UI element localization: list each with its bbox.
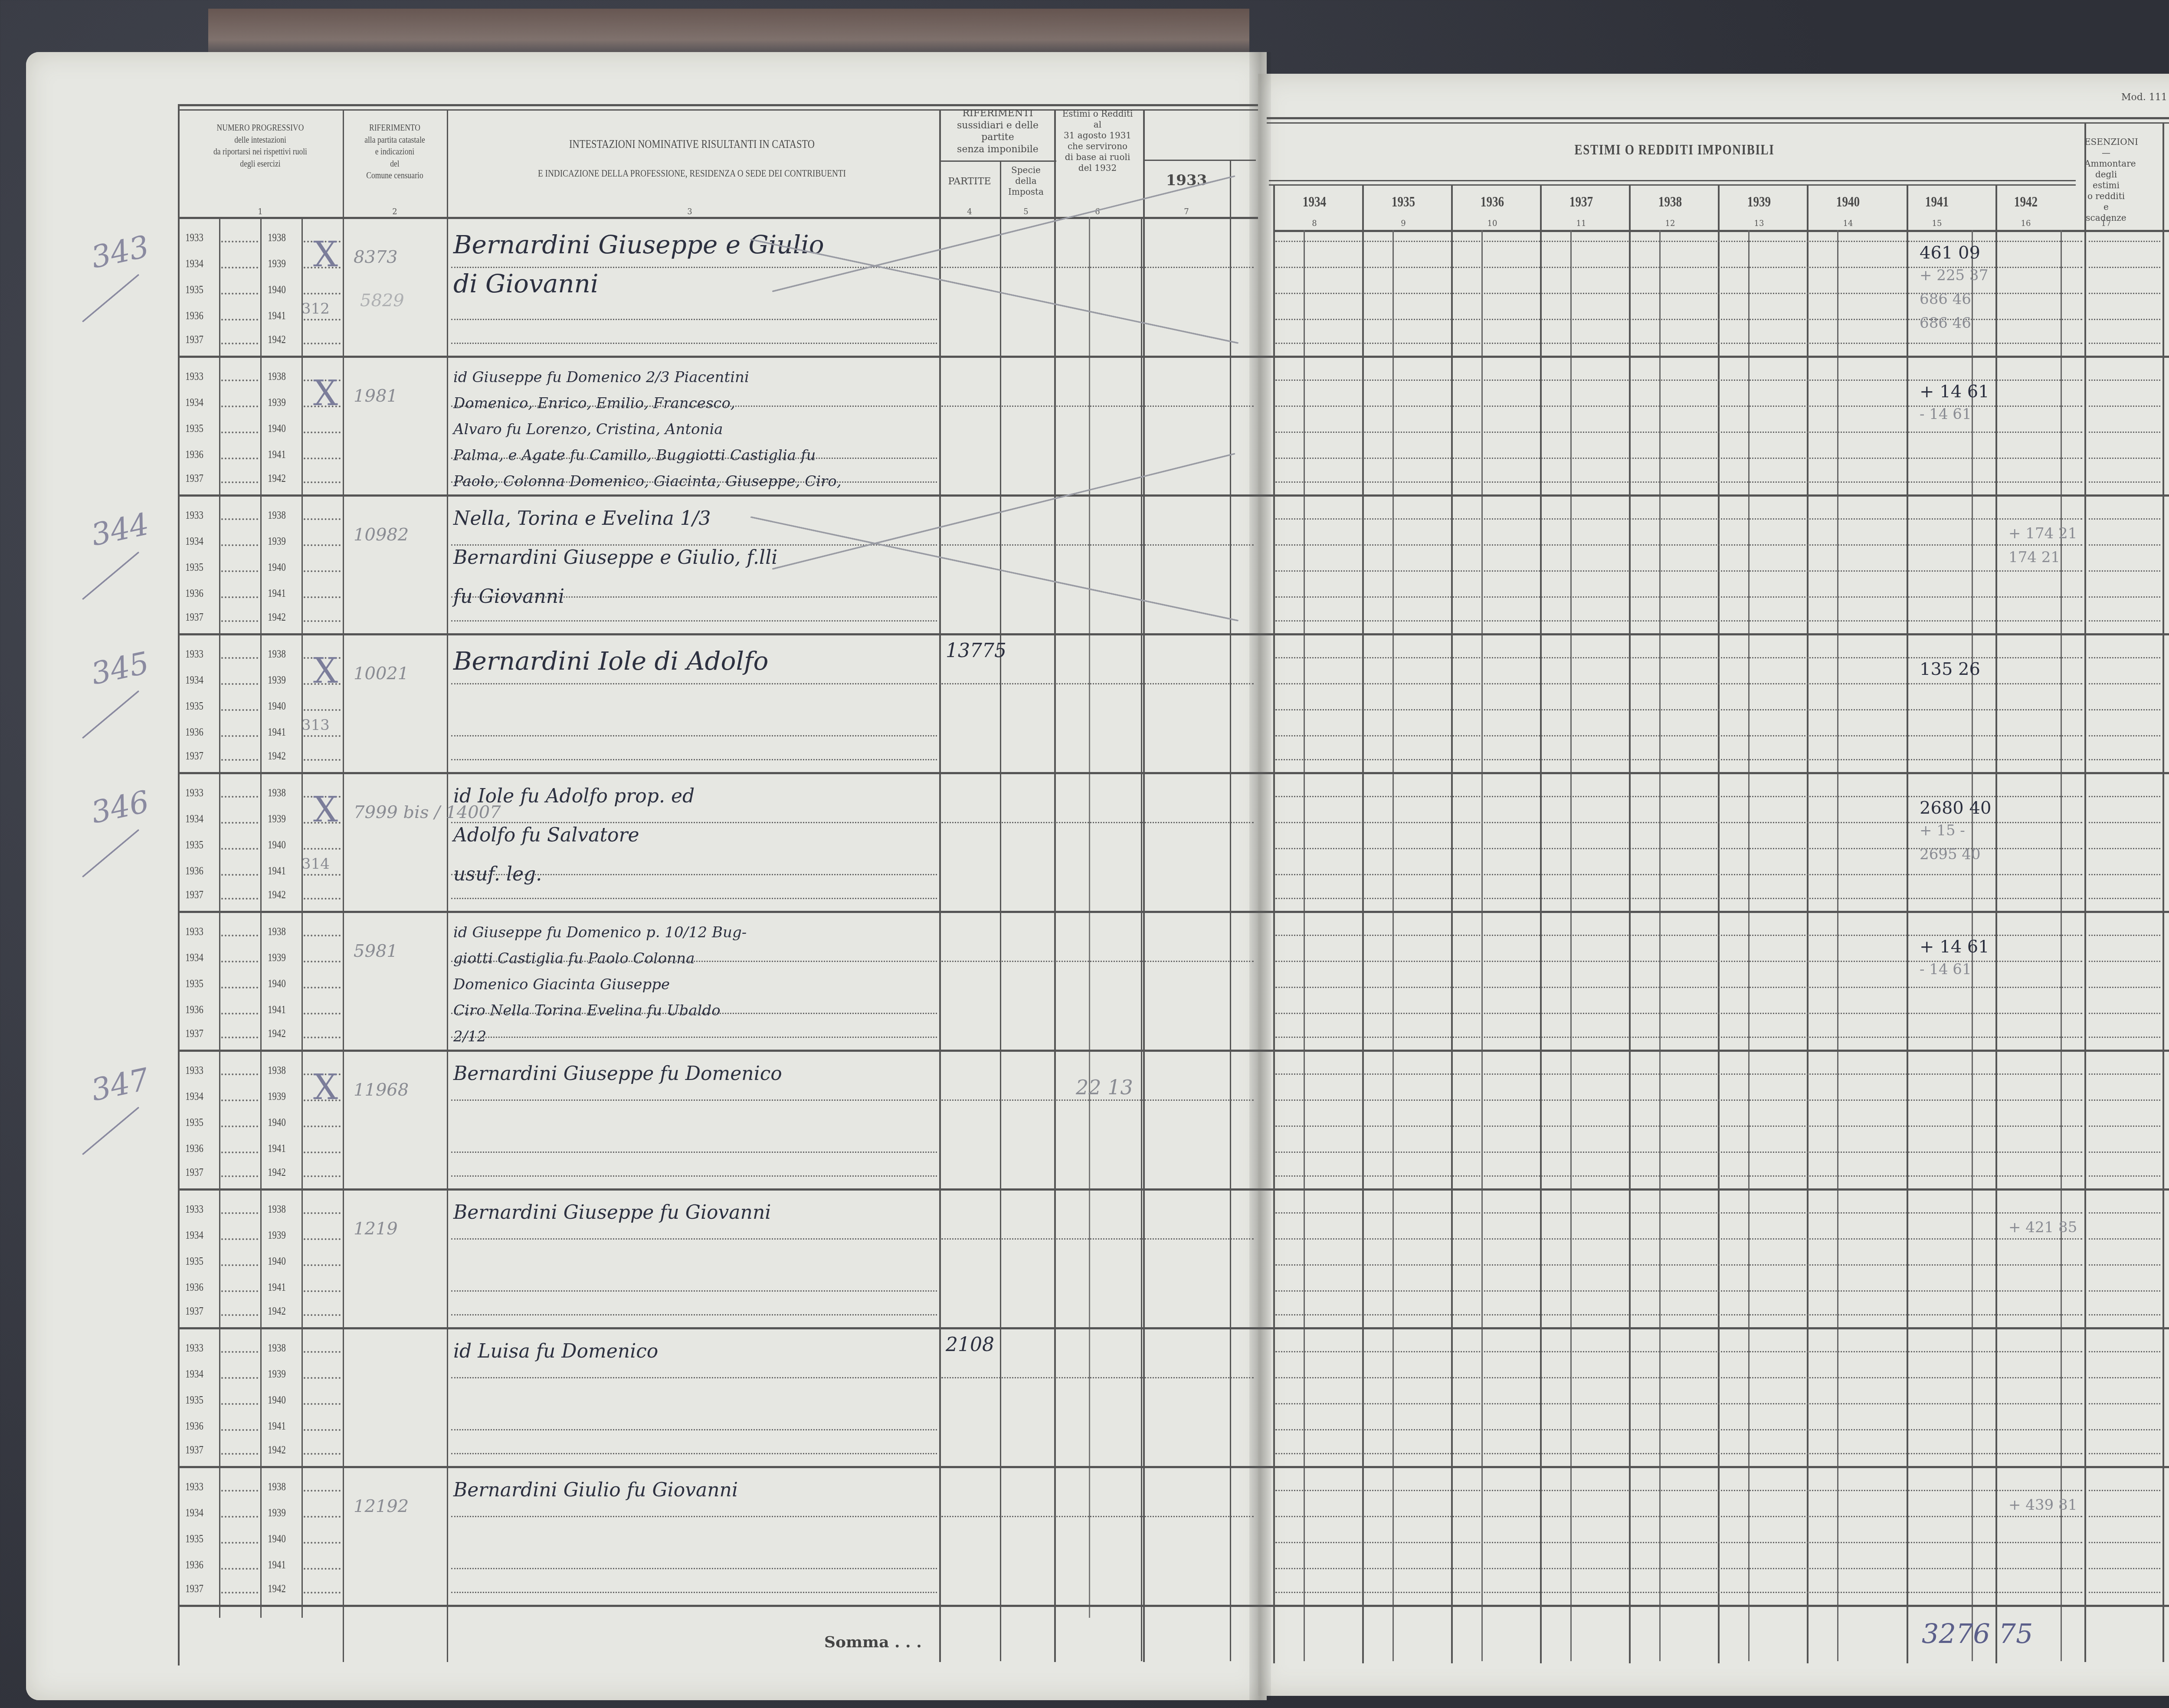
dotted-field bbox=[221, 848, 258, 850]
ref-side-number: 314 bbox=[301, 855, 330, 873]
hdr-line: o redditi bbox=[2084, 191, 2128, 202]
esenzioni-line bbox=[2089, 241, 2160, 242]
partita-reference: 10982 bbox=[354, 525, 409, 545]
esenzioni-line bbox=[2089, 1377, 2160, 1378]
dotted-field bbox=[221, 343, 258, 344]
esenzioni-line bbox=[2089, 1314, 2160, 1315]
esenzioni-line bbox=[2089, 961, 2160, 962]
year-label: 1935 bbox=[185, 1532, 203, 1545]
col-divider bbox=[343, 109, 344, 1662]
header-riferimenti-sussidiari: RIFERIMENTI sussidiari e delle partite s… bbox=[939, 108, 1056, 155]
year-label: 1939 bbox=[268, 257, 286, 270]
header-intestazioni-title: INTESTAZIONI NOMINATIVE RISULTANTI IN CA… bbox=[496, 137, 888, 152]
year-label: 1940 bbox=[268, 422, 286, 435]
amount-line bbox=[1275, 898, 2082, 899]
year-label: 1938 bbox=[268, 1480, 286, 1493]
esenzioni-line bbox=[2089, 406, 2160, 407]
dotted-field bbox=[304, 518, 341, 520]
dotted-field bbox=[221, 1351, 258, 1353]
amount-line bbox=[1275, 544, 2082, 546]
col7-divider bbox=[1143, 160, 1256, 161]
contributor-name-line: Domenico Giacinta Giuseppe bbox=[453, 976, 670, 993]
dotted-field bbox=[221, 267, 258, 268]
amount-line bbox=[1275, 481, 2082, 483]
estimi-subcol bbox=[1089, 217, 1090, 1618]
hdr-line: degli esercizi bbox=[194, 157, 326, 170]
esenzioni-line bbox=[2089, 596, 2160, 598]
cents-subcol bbox=[1748, 230, 1750, 1661]
header-partite: PARTITE bbox=[939, 176, 1000, 188]
entry-separator bbox=[178, 772, 2169, 774]
imponibile-1941-value: - 14 61 bbox=[1920, 961, 1972, 978]
year-1939: 1939 bbox=[1733, 193, 1785, 212]
amount-line bbox=[1275, 1490, 2082, 1491]
dotted-field bbox=[221, 1037, 258, 1038]
year-label: 1933 bbox=[185, 925, 203, 938]
year-subcol bbox=[301, 217, 303, 1618]
dotted-field bbox=[304, 1314, 341, 1316]
contributor-name-line: Alvaro fu Lorenzo, Cristina, Antonia bbox=[453, 421, 723, 438]
amount-line bbox=[1275, 241, 2082, 242]
contributor-name-line: di Giovanni bbox=[453, 269, 599, 298]
year-label: 1933 bbox=[185, 509, 203, 522]
hdr-line: al bbox=[1054, 119, 1141, 130]
dotted-field bbox=[221, 987, 258, 988]
partita-reference: 1219 bbox=[354, 1219, 398, 1239]
cents-subcol bbox=[1304, 230, 1305, 1661]
year-1935: 1935 bbox=[1377, 193, 1429, 212]
year-label: 1937 bbox=[185, 1305, 203, 1318]
amount-line bbox=[1275, 1377, 2082, 1378]
year-label: 1936 bbox=[185, 1142, 203, 1155]
dotted-field bbox=[221, 1175, 258, 1177]
dotted-field bbox=[221, 683, 258, 685]
totals-top-rule bbox=[178, 1605, 2169, 1607]
dotted-field bbox=[221, 1403, 258, 1405]
hdr-line: Comune censuario bbox=[353, 169, 436, 181]
hdr-line: RIFERIMENTO bbox=[353, 121, 436, 134]
year-label: 1938 bbox=[268, 509, 286, 522]
dotted-field bbox=[221, 759, 258, 761]
year-label: 1936 bbox=[185, 1420, 203, 1433]
contributor-name-line: fu Giovanni bbox=[453, 586, 564, 608]
check-x-mark: X bbox=[313, 1067, 338, 1107]
entry-separator bbox=[178, 1050, 2169, 1052]
esenzioni-line bbox=[2089, 1126, 2160, 1127]
year-label: 1940 bbox=[268, 977, 286, 990]
header-riferimento: RIFERIMENTO alla partita catastale e ind… bbox=[353, 121, 436, 181]
esenzioni-line bbox=[2089, 293, 2160, 294]
dotted-field bbox=[304, 1453, 341, 1455]
esenzioni-line bbox=[2089, 1013, 2160, 1014]
imponibile-1942-value: + 174 21 bbox=[2008, 525, 2077, 542]
col-divider bbox=[2084, 122, 2086, 1662]
imponibile-1941-value: 2680 40 bbox=[1920, 798, 1991, 818]
partita-reference: 12192 bbox=[354, 1496, 409, 1516]
amount-line bbox=[941, 267, 1254, 268]
year-label: 1941 bbox=[268, 448, 286, 461]
amount-line bbox=[1275, 596, 2082, 598]
dotted-field bbox=[221, 1490, 258, 1492]
dotted-field bbox=[221, 406, 258, 407]
year-label: 1935 bbox=[185, 1116, 203, 1129]
col-divider bbox=[1273, 184, 1275, 1663]
esenzioni-line bbox=[2089, 343, 2160, 344]
year-label: 1942 bbox=[268, 749, 286, 762]
year-label: 1934 bbox=[185, 1090, 203, 1103]
entry-separator bbox=[178, 494, 2169, 497]
partita-reference: 10021 bbox=[354, 664, 409, 684]
name-line bbox=[451, 1568, 937, 1569]
dotted-field bbox=[304, 935, 341, 936]
contributor-name-line: id Luisa fu Domenico bbox=[453, 1340, 658, 1362]
esenzioni-line bbox=[2089, 458, 2160, 459]
dotted-field bbox=[221, 1152, 258, 1153]
ref-side-number: 313 bbox=[301, 717, 330, 734]
amount-line bbox=[1275, 1429, 2082, 1430]
esenzioni-line bbox=[2089, 683, 2160, 684]
dotted-field bbox=[304, 961, 341, 962]
year-1940: 1940 bbox=[1822, 193, 1874, 212]
name-line bbox=[451, 620, 937, 622]
dotted-field bbox=[221, 1568, 258, 1570]
esenzioni-line bbox=[2089, 796, 2160, 797]
riferimenti-divider bbox=[939, 160, 1056, 162]
contributor-name-line: Bernardini Giuseppe fu Domenico bbox=[453, 1063, 782, 1085]
year-label: 1934 bbox=[185, 1229, 203, 1242]
dotted-field bbox=[221, 874, 258, 876]
year-label: 1935 bbox=[185, 283, 203, 296]
contributor-name-line: Bernardini Iole di Adolfo bbox=[453, 646, 768, 676]
esenzioni-line bbox=[2089, 620, 2160, 622]
amount-line bbox=[941, 683, 1254, 684]
imponibile-1941-value: + 15 - bbox=[1920, 822, 1965, 839]
name-line bbox=[451, 1037, 937, 1038]
dotted-field bbox=[304, 1013, 341, 1014]
year-label: 1934 bbox=[185, 1506, 203, 1519]
dotted-field bbox=[221, 1073, 258, 1075]
column-number: 8 bbox=[1306, 219, 1323, 228]
year-1942: 1942 bbox=[2000, 193, 2052, 212]
dotted-field bbox=[304, 1152, 341, 1153]
column-number: 14 bbox=[1839, 219, 1857, 228]
hdr-line: della bbox=[1000, 176, 1052, 187]
name-line bbox=[451, 822, 937, 823]
amount-line bbox=[1275, 735, 2082, 736]
left-border bbox=[178, 104, 180, 1665]
top-rule bbox=[178, 104, 1258, 106]
dotted-field bbox=[221, 1516, 258, 1518]
year-label: 1937 bbox=[185, 611, 203, 624]
col-divider bbox=[1054, 109, 1056, 1662]
hdr-line: da riportarsi nei rispettivi ruoli bbox=[194, 145, 326, 157]
name-line bbox=[451, 1314, 937, 1315]
dotted-field bbox=[304, 319, 341, 321]
dotted-field bbox=[221, 1592, 258, 1593]
dotted-field bbox=[221, 596, 258, 598]
header-annotazioni: ANNOTAZIONI bbox=[2165, 163, 2169, 178]
amount-line bbox=[1275, 1238, 2082, 1240]
dotted-field bbox=[304, 458, 341, 459]
col-divider bbox=[1143, 109, 1145, 1662]
esenzioni-line bbox=[2089, 709, 2160, 710]
entry-separator bbox=[178, 1188, 2169, 1191]
dotted-field bbox=[304, 596, 341, 598]
year-label: 1938 bbox=[268, 925, 286, 938]
contributor-name-line: 2/12 bbox=[453, 1028, 486, 1045]
hdr-line: del 1932 bbox=[1054, 163, 1141, 173]
entry-separator bbox=[178, 1327, 2169, 1329]
contributor-name-line: Bernardini Giuseppe fu Giovanni bbox=[453, 1201, 771, 1224]
name-line bbox=[451, 1377, 937, 1378]
dotted-field bbox=[221, 620, 258, 622]
esenzioni-line bbox=[2089, 874, 2160, 875]
col-divider bbox=[447, 109, 448, 1662]
year-subcol bbox=[260, 217, 262, 1618]
year-label: 1934 bbox=[185, 674, 203, 687]
year-1934: 1934 bbox=[1288, 193, 1340, 212]
hdr-line: e indicazioni bbox=[353, 145, 436, 157]
dotted-field bbox=[221, 570, 258, 572]
esenzioni-line bbox=[2089, 1212, 2160, 1214]
year-label: 1935 bbox=[185, 700, 203, 713]
entry-separator bbox=[178, 633, 2169, 635]
partita-reference: 11968 bbox=[354, 1080, 409, 1100]
amount-line bbox=[1275, 1314, 2082, 1315]
imponibile-1941-value: - 14 61 bbox=[1920, 406, 1972, 423]
amount-line bbox=[1275, 1126, 2082, 1127]
esenzioni-line bbox=[2089, 1264, 2160, 1266]
esenzioni-line bbox=[2089, 267, 2160, 268]
contributor-name-line: id Giuseppe fu Domenico p. 10/12 Bug- bbox=[453, 924, 747, 941]
year-label: 1936 bbox=[185, 864, 203, 877]
year-label: 1942 bbox=[268, 472, 286, 485]
esenzioni-line bbox=[2089, 1490, 2160, 1491]
imponibile-1941-value: 686 46 bbox=[1920, 291, 1971, 308]
year-1938: 1938 bbox=[1644, 193, 1696, 212]
column-number: 11 bbox=[1573, 219, 1590, 228]
esenzioni-line bbox=[2089, 759, 2160, 760]
hdr-line: di base ai ruoli bbox=[1054, 152, 1141, 163]
amount-line bbox=[941, 1516, 1254, 1517]
amount-line bbox=[1275, 759, 2082, 760]
year-label: 1938 bbox=[268, 1342, 286, 1355]
year-subcol bbox=[219, 217, 220, 1618]
contributor-name-line: usuf. leg. bbox=[453, 863, 542, 885]
year-label: 1940 bbox=[268, 1255, 286, 1268]
dotted-field bbox=[304, 848, 341, 850]
year-label: 1939 bbox=[268, 951, 286, 964]
header-bottom-rule bbox=[1273, 230, 2169, 232]
dotted-field bbox=[304, 1126, 341, 1127]
hdr-line: degli estimi bbox=[2084, 169, 2128, 191]
column-number: 13 bbox=[1750, 219, 1768, 228]
partita-reference: 8373 bbox=[354, 247, 398, 267]
dotted-field bbox=[304, 293, 341, 294]
dotted-field bbox=[221, 796, 258, 798]
year-1937: 1937 bbox=[1555, 193, 1607, 212]
amount-line bbox=[941, 961, 1254, 962]
year-label: 1940 bbox=[268, 1116, 286, 1129]
dotted-field bbox=[304, 432, 341, 433]
dotted-field bbox=[304, 1037, 341, 1038]
imponibile-1942-value: + 439 81 bbox=[2008, 1496, 2077, 1514]
dotted-field bbox=[304, 620, 341, 622]
esenzioni-line bbox=[2089, 544, 2160, 546]
esenzioni-line bbox=[2089, 319, 2160, 320]
dotted-field bbox=[304, 1290, 341, 1292]
partite-value: 13775 bbox=[946, 640, 1006, 662]
esenzioni-line bbox=[2089, 1429, 2160, 1430]
dotted-field bbox=[304, 735, 341, 737]
year-label: 1936 bbox=[185, 726, 203, 739]
year-label: 1941 bbox=[268, 587, 286, 600]
year-label: 1938 bbox=[268, 786, 286, 799]
years-top-rule-2 bbox=[1269, 184, 2076, 186]
year-label: 1935 bbox=[185, 1394, 203, 1407]
dotted-field bbox=[221, 1429, 258, 1431]
year-label: 1934 bbox=[185, 396, 203, 409]
amount-line bbox=[941, 406, 1254, 407]
contributor-name-line: Palma, e Agate fu Camillo, Buggiotti Cas… bbox=[453, 447, 816, 464]
year-label: 1938 bbox=[268, 648, 286, 661]
header-estimi-1931: Estimi o Redditi al 31 agosto 1931 che s… bbox=[1054, 108, 1141, 173]
header-bottom-rule bbox=[178, 217, 1258, 219]
year-label: 1936 bbox=[185, 309, 203, 322]
amount-line bbox=[1275, 1013, 2082, 1014]
year-label: 1936 bbox=[185, 1558, 203, 1571]
amount-line bbox=[1275, 1037, 2082, 1038]
year-label: 1940 bbox=[268, 1532, 286, 1545]
year-label: 1938 bbox=[268, 231, 286, 244]
year-label: 1938 bbox=[268, 1064, 286, 1077]
amount-line bbox=[941, 822, 1254, 823]
amount-line bbox=[1275, 796, 2082, 797]
amount-line bbox=[1275, 1290, 2082, 1292]
name-line bbox=[451, 683, 937, 684]
contributor-name-line: Adolfo fu Salvatore bbox=[453, 824, 639, 846]
dotted-field bbox=[304, 1429, 341, 1431]
dotted-field bbox=[221, 241, 258, 242]
year-label: 1937 bbox=[185, 749, 203, 762]
dotted-field bbox=[221, 458, 258, 459]
esenzioni-line bbox=[2089, 1290, 2160, 1292]
esenzioni-line bbox=[2089, 570, 2160, 572]
imponibile-1941-value: 461 09 bbox=[1920, 243, 1980, 263]
dotted-field bbox=[221, 709, 258, 711]
year-label: 1935 bbox=[185, 977, 203, 990]
column-number: 4 bbox=[961, 207, 978, 216]
column-number: 3 bbox=[681, 207, 698, 216]
hdr-line: del bbox=[353, 157, 436, 170]
year-label: 1940 bbox=[268, 561, 286, 574]
column-number: 5 bbox=[1017, 207, 1035, 216]
dotted-field bbox=[304, 343, 341, 344]
year-label: 1942 bbox=[268, 1166, 286, 1179]
dotted-field bbox=[304, 481, 341, 483]
imponibile-1941-value: + 225 37 bbox=[1920, 267, 1988, 284]
imponibile-1941-value: 686 46 bbox=[1920, 314, 1971, 332]
dotted-field bbox=[221, 1453, 258, 1455]
dotted-field bbox=[221, 1264, 258, 1266]
esenzioni-line bbox=[2089, 1516, 2160, 1517]
dotted-field bbox=[221, 319, 258, 321]
cents-subcol bbox=[1392, 230, 1394, 1661]
imponibile-1941-value: 135 26 bbox=[1920, 659, 1980, 679]
dotted-field bbox=[221, 293, 258, 294]
year-label: 1934 bbox=[185, 1368, 203, 1381]
amount-line bbox=[1275, 1516, 2082, 1517]
dotted-field bbox=[304, 759, 341, 761]
dotted-field bbox=[221, 1238, 258, 1240]
cents-subcol bbox=[1659, 230, 1661, 1661]
esenzioni-line bbox=[2089, 1073, 2160, 1075]
esenzioni-line bbox=[2089, 1175, 2160, 1177]
year-label: 1937 bbox=[185, 1443, 203, 1456]
year-label: 1939 bbox=[268, 1090, 286, 1103]
hdr-line: che servirono bbox=[1054, 141, 1141, 152]
amount-line bbox=[1275, 1592, 2082, 1593]
contributor-name-line: Bernardini Giulio fu Giovanni bbox=[453, 1479, 738, 1501]
partita-reference-2: 5829 bbox=[360, 291, 404, 311]
year-label: 1936 bbox=[185, 587, 203, 600]
esenzioni-line bbox=[2089, 987, 2160, 988]
name-line bbox=[451, 898, 937, 899]
dotted-field bbox=[221, 1377, 258, 1379]
name-line bbox=[451, 1290, 937, 1292]
year-label: 1937 bbox=[185, 1166, 203, 1179]
column-number: 7 bbox=[1178, 207, 1195, 216]
dotted-field bbox=[304, 987, 341, 988]
entry-separator bbox=[178, 356, 2169, 358]
check-x-mark: X bbox=[313, 234, 338, 275]
amount-line bbox=[1275, 987, 2082, 988]
year-label: 1939 bbox=[268, 1368, 286, 1381]
esenzioni-line bbox=[2089, 657, 2160, 658]
dotted-field bbox=[304, 1212, 341, 1214]
year-label: 1940 bbox=[268, 838, 286, 851]
check-x-mark: X bbox=[313, 373, 338, 413]
hdr-line: Estimi o Redditi bbox=[1054, 108, 1141, 119]
year-label: 1934 bbox=[185, 535, 203, 548]
amount-line bbox=[1275, 1099, 2082, 1101]
col-divider bbox=[939, 109, 941, 1662]
hdr-line: 31 agosto 1931 bbox=[1054, 130, 1141, 141]
esenzioni-line bbox=[2089, 898, 2160, 899]
year-label: 1934 bbox=[185, 812, 203, 825]
column-number: 17 bbox=[2097, 219, 2115, 228]
year-label: 1939 bbox=[268, 396, 286, 409]
name-line bbox=[451, 343, 937, 344]
dotted-field bbox=[304, 1403, 341, 1405]
year-label: 1941 bbox=[268, 309, 286, 322]
year-label: 1937 bbox=[185, 1582, 203, 1595]
name-line bbox=[451, 1152, 937, 1153]
column-number: 2 bbox=[386, 207, 403, 216]
amount-line bbox=[1275, 1403, 2082, 1404]
year-label: 1942 bbox=[268, 333, 286, 346]
amount-line bbox=[941, 1377, 1254, 1378]
year-label: 1942 bbox=[268, 1443, 286, 1456]
somma-label: Somma . . . bbox=[824, 1633, 922, 1651]
amount-line bbox=[1275, 709, 2082, 710]
dotted-field bbox=[221, 898, 258, 900]
dotted-field bbox=[304, 898, 341, 900]
dotted-field bbox=[221, 1314, 258, 1316]
year-label: 1940 bbox=[268, 1394, 286, 1407]
year-1936: 1936 bbox=[1466, 193, 1518, 212]
dotted-field bbox=[221, 735, 258, 737]
